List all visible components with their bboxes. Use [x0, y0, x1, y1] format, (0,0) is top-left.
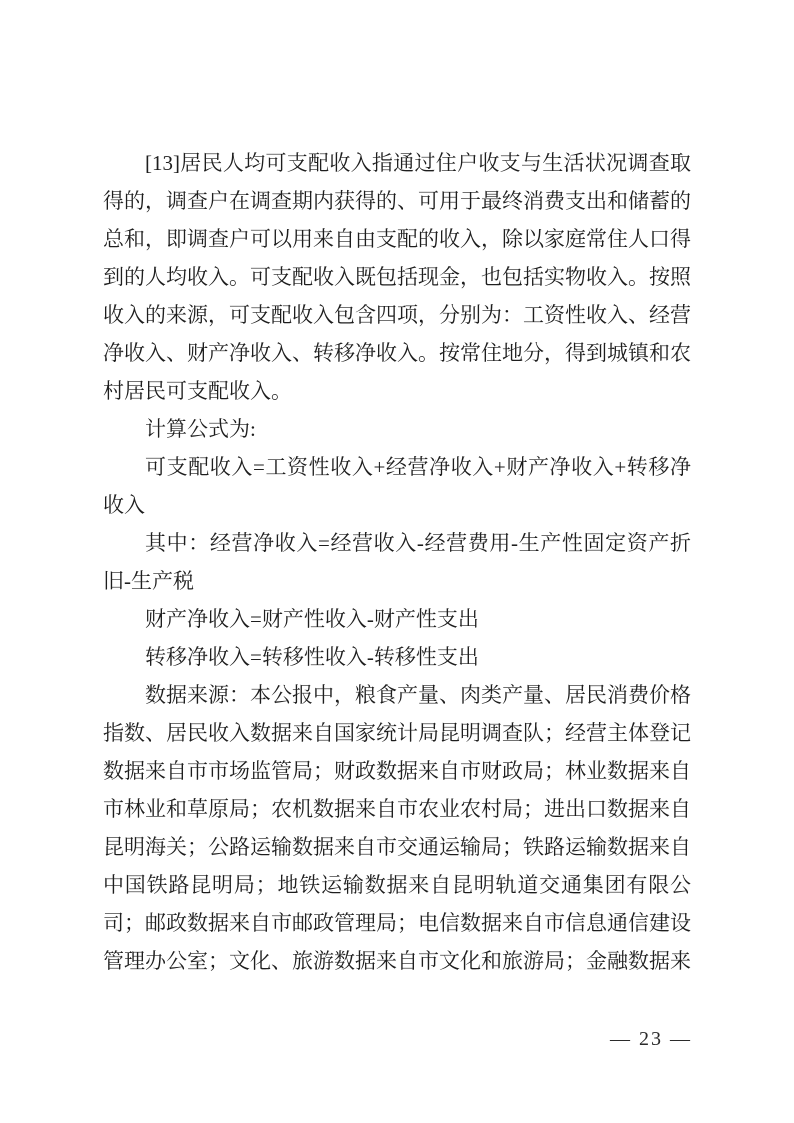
footnote-13-paragraph: [13]居民人均可支配收入指通过住户收支与生活状况调查取得的，调查户在调查期内获… [103, 144, 691, 410]
formula-disposable-income-line: 可支配收入=工资性收入+经营净收入+财产净收入+转移净收入 [103, 448, 691, 524]
data-sources-paragraph: 数据来源：本公报中，粮食产量、肉类产量、居民消费价格指数、居民收入数据来自国家统… [103, 676, 691, 980]
formula-property-net-income-line: 财产净收入=财产性收入-财产性支出 [103, 600, 691, 638]
formula-operating-net-income-line: 其中：经营净收入=经营收入-经营费用-生产性固定资产折旧-生产税 [103, 524, 691, 600]
document-page: [13]居民人均可支配收入指通过住户收支与生活状况调查取得的，调查户在调查期内获… [0, 0, 794, 1123]
page-number: — 23 — [610, 1026, 692, 1052]
formula-transfer-net-income-line: 转移净收入=转移性收入-转移性支出 [103, 638, 691, 676]
body-text-block: [13]居民人均可支配收入指通过住户收支与生活状况调查取得的，调查户在调查期内获… [103, 144, 691, 980]
formula-intro-line: 计算公式为: [103, 410, 691, 448]
